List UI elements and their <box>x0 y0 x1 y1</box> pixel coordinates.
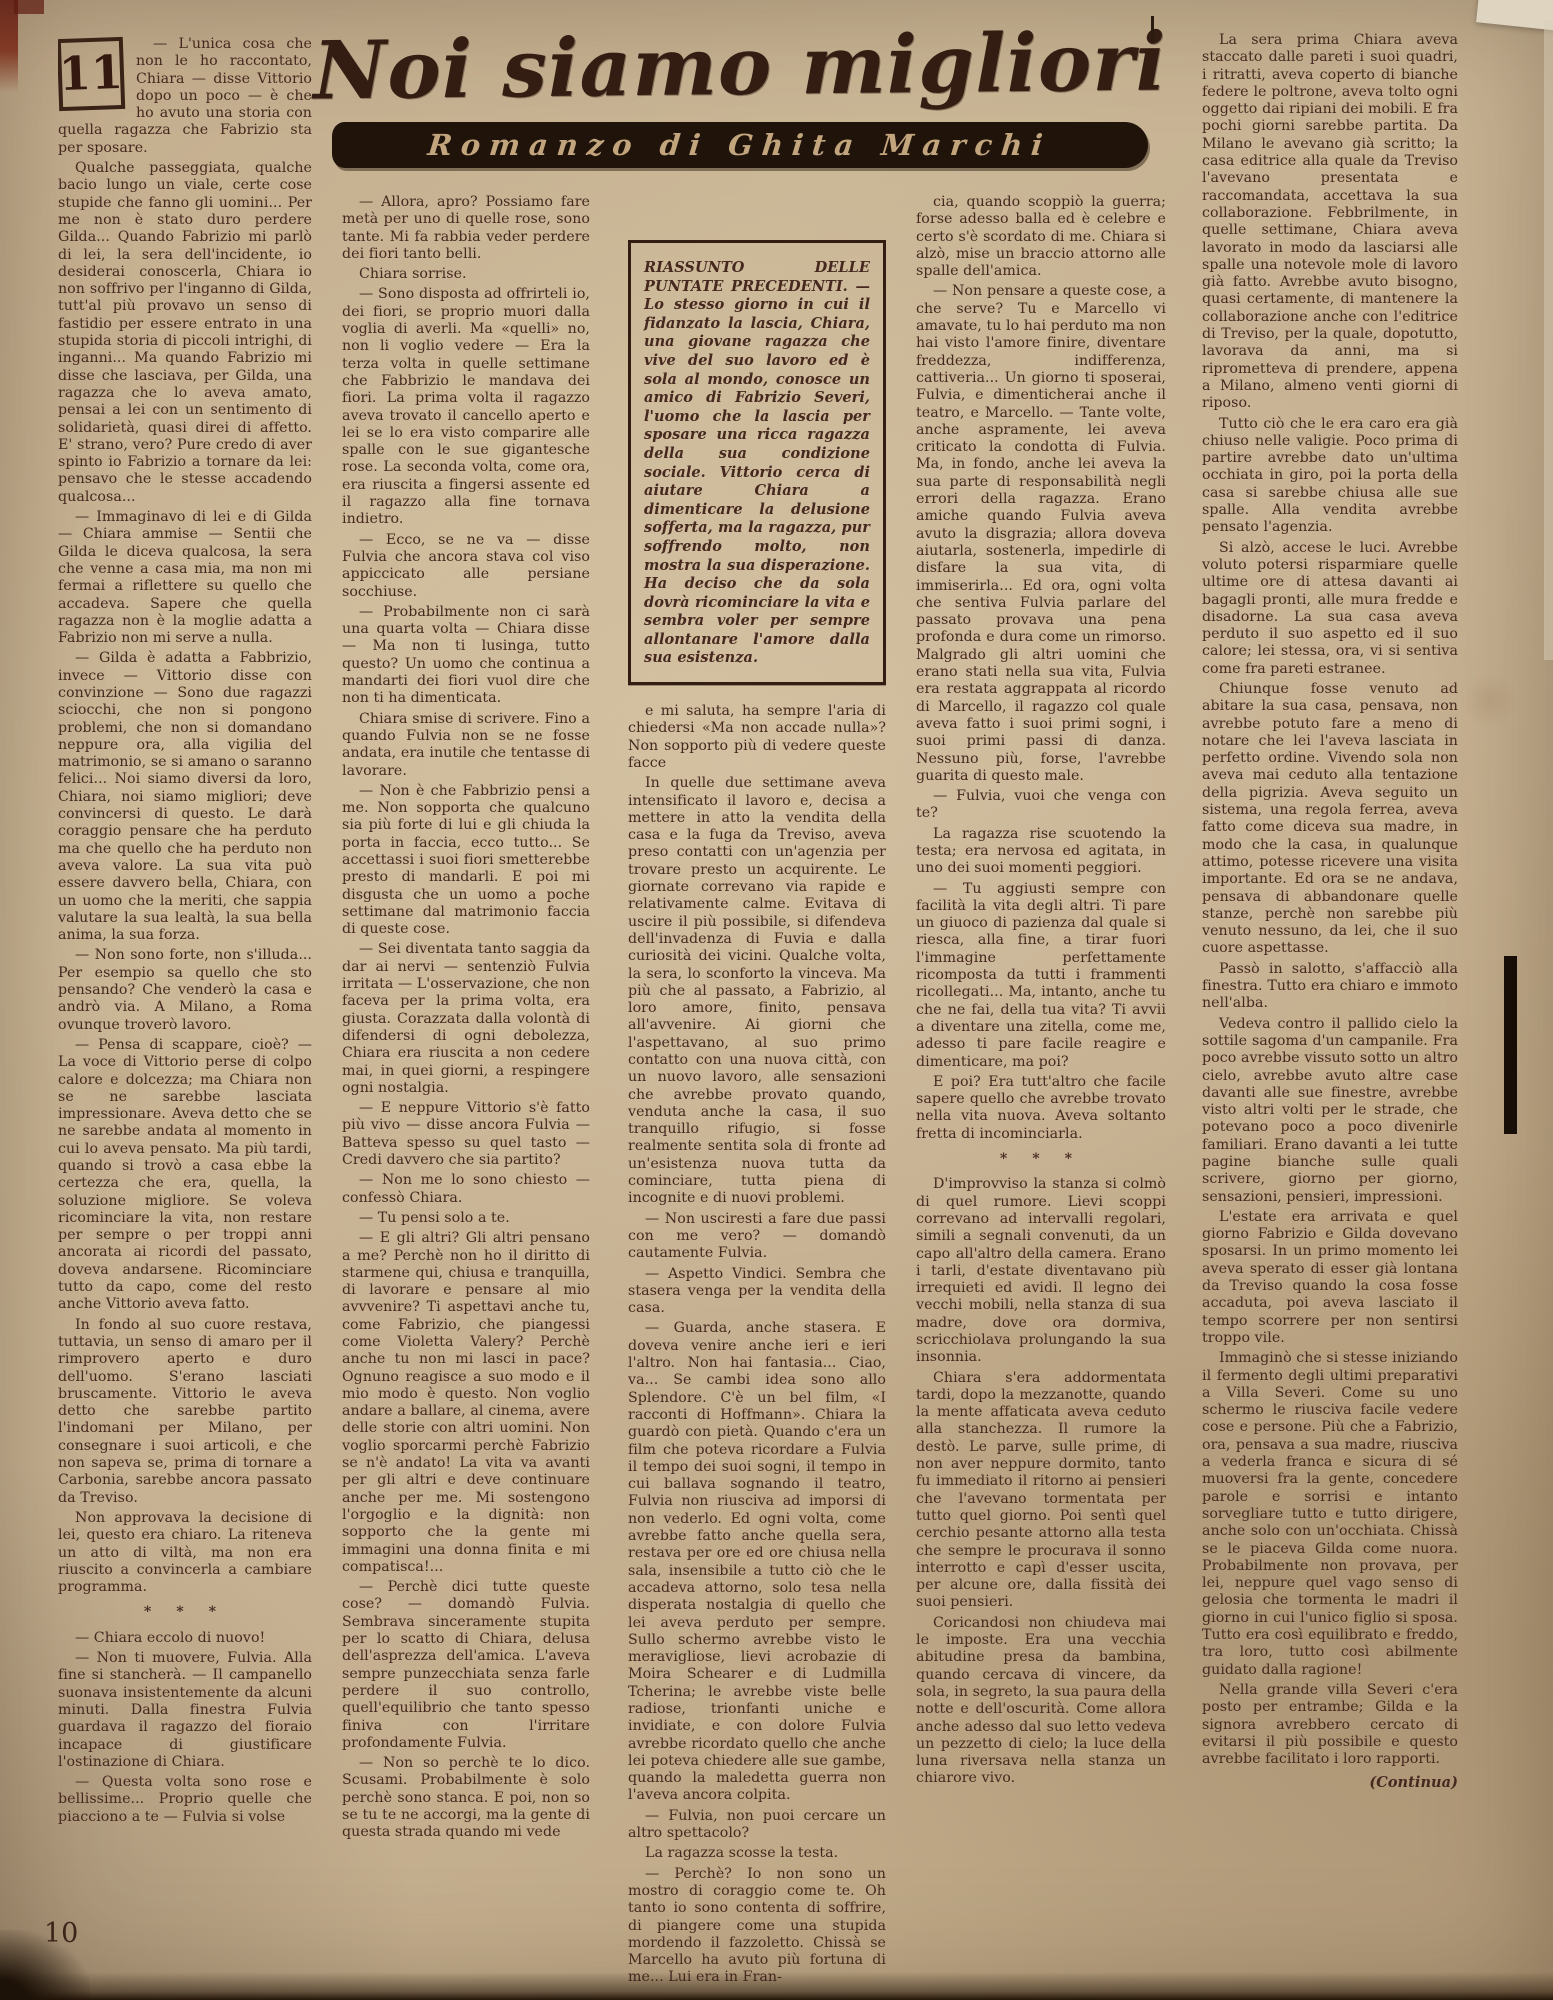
paragraph: La ragazza scosse la testa. <box>628 1845 886 1862</box>
paragraph: — Tu aggiusti sempre con facilità la vit… <box>916 881 1166 1071</box>
paragraph: — Non me lo sono chiesto — confessò Chia… <box>342 1172 590 1207</box>
column-5-text: La sera prima Chiara aveva staccato dall… <box>1202 32 1458 1768</box>
paragraph: La sera prima Chiara aveva staccato dall… <box>1202 32 1458 413</box>
paragraph: — Probabilmente non ci sarà una quarta v… <box>342 604 590 708</box>
paragraph: — Non pensare a queste cose, a che serve… <box>916 283 1166 785</box>
paragraph: — Ecco, se ne va — disse Fulvia che anco… <box>342 532 590 601</box>
paragraph: — Gilda è adatta a Fabbrizio, invece — V… <box>58 650 312 944</box>
paragraph: — Non so perchè te lo dico. Scusami. Pro… <box>342 1755 590 1841</box>
text-column-3: RIASSUNTO DELLE PUNTATE PRECEDENTI. — Lo… <box>628 240 886 1990</box>
paragraph: — Sono disposta ad offrirteli io, dei fi… <box>342 286 590 528</box>
text-column-1: 11 — L'unica cosa che non le ho racconta… <box>58 36 312 1916</box>
scan-artifact-top-dash <box>1151 16 1154 42</box>
paragraph: Chiara s'era addormentata tardi, dopo la… <box>916 1370 1166 1612</box>
paragraph: — Guarda, anche stasera. E doveva venire… <box>628 1320 886 1804</box>
text-column-4: cia, quando scoppiò la guerra; forse ade… <box>916 194 1166 1989</box>
byline-banner: Romanzo di Ghita Marchi <box>332 122 1148 168</box>
paragraph: — Non usciresti a fare due passi con me … <box>628 1211 886 1263</box>
paragraph: L'estate era arrivata e quel giorno Fabr… <box>1202 1209 1458 1347</box>
paragraph: — E neppure Vittorio s'è fatto più vivo … <box>342 1100 590 1169</box>
paragraph: Passò in salotto, s'affacciò alla finest… <box>1202 961 1458 1013</box>
masthead: Noi siamo migliori Romanzo di Ghita Marc… <box>300 14 1180 168</box>
paragraph: — Questa volta sono rose e bellissime...… <box>58 1774 312 1826</box>
paragraph: Chiara smise di scrivere. Fino a quando … <box>342 711 590 780</box>
paragraph: — Allora, apro? Possiamo fare metà per u… <box>342 194 590 263</box>
paragraph: E poi? Era tutt'altro che facile sapere … <box>916 1074 1166 1143</box>
column-1-text: — L'unica cosa che non le ho raccontato,… <box>58 36 312 1826</box>
scan-shadow-bottom <box>0 1972 1553 2000</box>
paragraph: Si alzò, accese le luci. Avrebbe voluto … <box>1202 540 1458 678</box>
paragraph: — Fulvia, non puoi cercare un altro spet… <box>628 1808 886 1843</box>
text-column-5: La sera prima Chiara aveva staccato dall… <box>1202 32 1458 1982</box>
episode-number: 11 <box>59 64 124 84</box>
paragraph: — Pensa di scappare, cioè? — La voce di … <box>58 1037 312 1314</box>
scan-artifact-corner <box>14 0 44 14</box>
paragraph: Qualche passeggiata, qualche bacio lungo… <box>58 160 312 506</box>
scan-artifact-right-bar <box>1504 956 1517 1134</box>
paragraph: — Non ti muovere, Fulvia. Alla fine si s… <box>58 1650 312 1771</box>
column-4-text: cia, quando scoppiò la guerra; forse ade… <box>916 194 1166 1788</box>
paragraph: Vedeva contro il pallido cielo la sottil… <box>1202 1016 1458 1206</box>
magazine-page-scan: Noi siamo migliori Romanzo di Ghita Marc… <box>0 0 1553 2000</box>
paragraph: Tutto ciò che le era caro era già chiuso… <box>1202 416 1458 537</box>
column-2-text: — Allora, apro? Possiamo fare metà per u… <box>342 194 590 1842</box>
paragraph: Coricandosi non chiudeva mai le imposte.… <box>916 1615 1166 1788</box>
paragraph: — E gli altri? Gli altri pensano a me? P… <box>342 1230 590 1576</box>
paragraph: Non approvava la decisione di lei, quest… <box>58 1510 312 1596</box>
paragraph: Chiunque fosse venuto ad abitare la sua … <box>1202 681 1458 958</box>
paragraph: La ragazza rise scuotendo la testa; era … <box>916 826 1166 878</box>
paragraph: — Perchè? Io non sono un mostro di corag… <box>628 1866 886 1987</box>
paragraph: — Immaginavo di lei e di Gilda — Chiara … <box>58 509 312 647</box>
paragraph: In fondo al suo cuore restava, tuttavia,… <box>58 1317 312 1507</box>
paragraph: — Fulvia, vuoi che venga con te? <box>916 788 1166 823</box>
recap-text: RIASSUNTO DELLE PUNTATE PRECEDENTI. — Lo… <box>644 259 870 666</box>
scan-artifact-right-strip <box>1544 20 1553 660</box>
section-separator: * * * <box>58 1604 312 1621</box>
paragraph: — Sei diventata tanto saggia da dar ai n… <box>342 941 590 1097</box>
paragraph: D'improvviso la stanza si colmò di quel … <box>916 1176 1166 1366</box>
paragraph: cia, quando scoppiò la guerra; forse ade… <box>916 194 1166 280</box>
paragraph: — Non è che Fabbrizio pensi a me. Non so… <box>342 783 590 939</box>
paragraph: In quelle due settimane aveva intensific… <box>628 775 886 1207</box>
episode-number-badge: 11 <box>58 37 125 111</box>
column-3-text: e mi saluta, ha sempre l'aria di chieder… <box>628 703 886 1987</box>
paragraph: — Chiara eccolo di nuovo! <box>58 1630 312 1647</box>
paragraph: — Non sono forte, non s'illuda... Per es… <box>58 947 312 1033</box>
to-be-continued: (Continua) <box>1202 1774 1458 1791</box>
section-separator: * * * <box>916 1151 1166 1168</box>
scan-shadow-bottom-left <box>0 1930 90 2000</box>
paragraph: e mi saluta, ha sempre l'aria di chieder… <box>628 703 886 772</box>
novel-title: Noi siamo migliori <box>299 9 1180 122</box>
paragraph: — Tu pensi solo a te. <box>342 1210 590 1227</box>
byline-text: Romanzo di Ghita Marchi <box>427 128 1054 162</box>
paragraph: — Aspetto Vindici. Sembra che stasera ve… <box>628 1266 886 1318</box>
text-column-2: — Allora, apro? Possiamo fare metà per u… <box>342 194 590 1954</box>
paragraph: Nella grande villa Severi c'era posto pe… <box>1202 1682 1458 1768</box>
paragraph: Immaginò che si stesse iniziando il ferm… <box>1202 1350 1458 1679</box>
scan-artifact-top-right-wedge <box>1476 0 1553 34</box>
paragraph: Chiara sorrise. <box>342 266 590 283</box>
paragraph: — Perchè dici tutte queste cose? — doman… <box>342 1579 590 1752</box>
recap-box: RIASSUNTO DELLE PUNTATE PRECEDENTI. — Lo… <box>628 240 886 685</box>
